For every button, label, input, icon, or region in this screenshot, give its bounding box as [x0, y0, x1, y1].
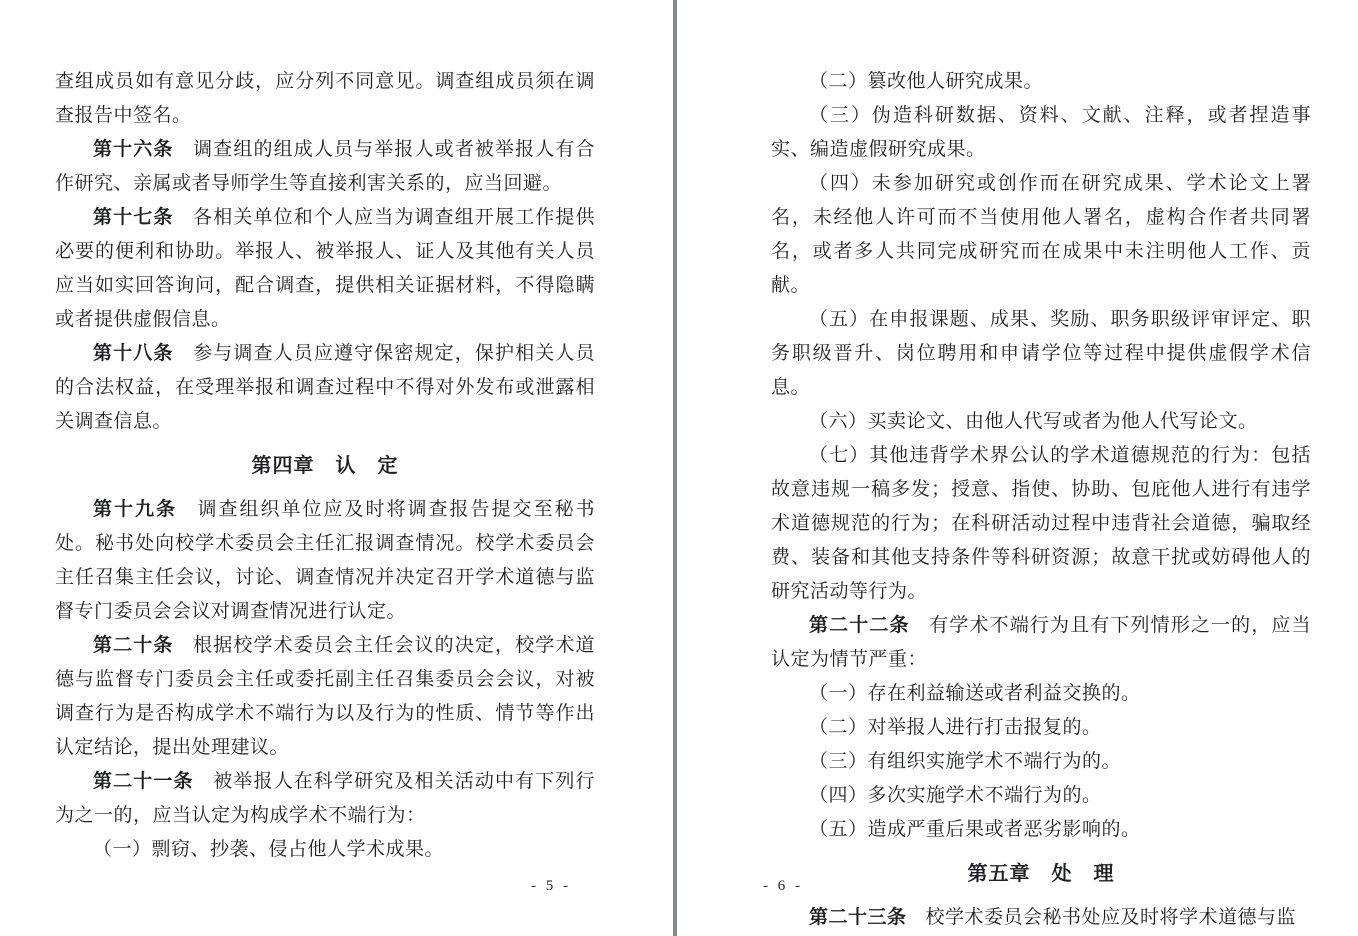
- article-number: 第二十三条: [809, 907, 907, 928]
- paragraph: 第十六条调查组的组成人员与举报人或者被举报人有合作研究、亲属或者导师学生等直接利…: [55, 133, 595, 201]
- paragraph: （二）篡改他人研究成果。: [771, 65, 1311, 99]
- paragraph: 第二十条根据校学术委员会主任会议的决定，校学术道德与监督专门委员会主任或委托副主…: [55, 629, 595, 765]
- paragraph: （一）剽窃、抄袭、侵占他人学术成果。: [55, 833, 595, 867]
- paragraph: （四）多次实施学术不端行为的。: [771, 779, 1311, 813]
- paragraph: （二）对举报人进行打击报复的。: [771, 711, 1311, 745]
- paragraph: （一）存在利益输送或者利益交换的。: [771, 677, 1311, 711]
- chapter-heading: 第五章 处 理: [771, 857, 1311, 891]
- paragraph: 第十八条参与调查人员应遵守保密规定，保护相关人员的合法权益，在受理举报和调查过程…: [55, 337, 595, 439]
- article-number: 第十七条: [93, 207, 174, 228]
- article-number: 第十六条: [93, 139, 174, 160]
- article-number: 第二十一条: [93, 771, 194, 792]
- text-block: （二）篡改他人研究成果。（三）伪造科研数据、资料、文献、注释，或者捏造事实、编造…: [771, 65, 1311, 935]
- page-right: （二）篡改他人研究成果。（三）伪造科研数据、资料、文献、注释，或者捏造事实、编造…: [677, 0, 1358, 936]
- paragraph: （三）有组织实施学术不端行为的。: [771, 745, 1311, 779]
- paragraph: 第十七条各相关单位和个人应当为调查组开展工作提供必要的便利和协助。举报人、被举报…: [55, 201, 595, 337]
- page-number: - 6 -: [763, 877, 803, 895]
- paragraph: （七）其他违背学术界公认的学术道德规范的行为：包括故意违规一稿多发；授意、指使、…: [771, 439, 1311, 609]
- chapter-heading: 第四章 认 定: [55, 449, 595, 483]
- text-block: 查组成员如有意见分歧，应分列不同意见。调查组成员须在调查报告中签名。第十六条调查…: [55, 65, 595, 867]
- paragraph: （五）造成严重后果或者恶劣影响的。: [771, 813, 1311, 847]
- document-viewer: 查组成员如有意见分歧，应分列不同意见。调查组成员须在调查报告中签名。第十六条调查…: [0, 0, 1358, 936]
- article-number: 第十八条: [93, 343, 174, 364]
- paragraph: 第二十三条校学术委员会秘书处应及时将学术道德与监: [771, 901, 1311, 935]
- paragraph: 查组成员如有意见分歧，应分列不同意见。调查组成员须在调查报告中签名。: [55, 65, 595, 133]
- article-number: 第二十二条: [809, 615, 910, 636]
- page-number: - 5 -: [531, 877, 571, 895]
- article-number: 第十九条: [93, 499, 177, 520]
- paragraph: （五）在申报课题、成果、奖励、职务职级评审评定、职务职级晋升、岗位聘用和申请学位…: [771, 303, 1311, 405]
- paragraph: 第二十二条有学术不端行为且有下列情形之一的，应当认定为情节严重：: [771, 609, 1311, 677]
- paragraph-text: 校学术委员会秘书处应及时将学术道德与监: [926, 907, 1297, 928]
- paragraph: 第十九条调查组织单位应及时将调查报告提交至秘书处。秘书处向校学术委员会主任汇报调…: [55, 493, 595, 629]
- paragraph: （六）买卖论文、由他人代写或者为他人代写论文。: [771, 405, 1311, 439]
- page-left: 查组成员如有意见分歧，应分列不同意见。调查组成员须在调查报告中签名。第十六条调查…: [0, 0, 673, 936]
- paragraph: （四）未参加研究或创作而在研究成果、学术论文上署名，未经他人许可而不当使用他人署…: [771, 167, 1311, 303]
- paragraph: （三）伪造科研数据、资料、文献、注释，或者捏造事实、编造虚假研究成果。: [771, 99, 1311, 167]
- paragraph: 第二十一条被举报人在科学研究及相关活动中有下列行为之一的，应当认定为构成学术不端…: [55, 765, 595, 833]
- article-number: 第二十条: [93, 635, 174, 656]
